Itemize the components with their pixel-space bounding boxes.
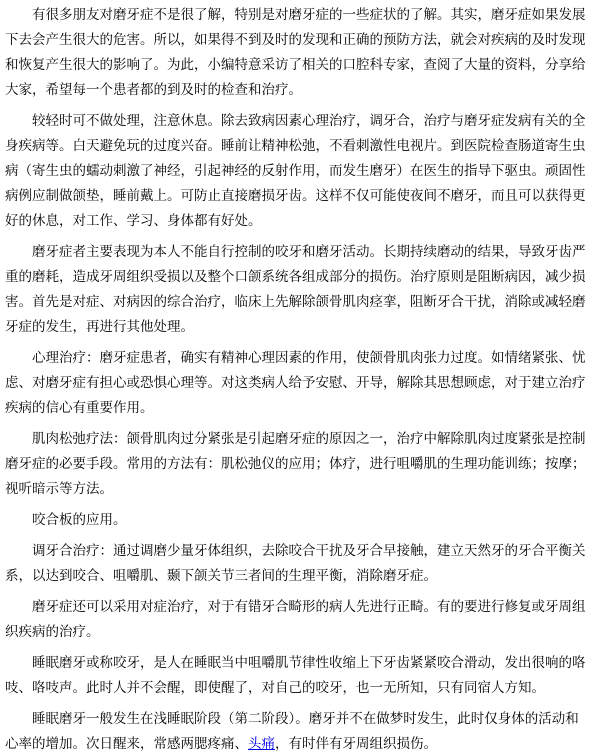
paragraph-intro: 有很多朋友对磨牙症不是很了解，特别是对磨牙症的一些症状的了解。其实，磨牙症如果发… [5, 2, 587, 102]
paragraph-symptomatic-treatment: 磨牙症还可以采用对症治疗，对于有错牙合畸形的病人先进行正畸。有的要进行修复或牙周… [5, 594, 587, 644]
paragraph-psychological-treatment: 心理治疗：磨牙症患者，确实有精神心理因素的作用，使颌骨肌肉张力过度。如情绪紧张、… [5, 345, 587, 420]
paragraph-sleep-stage: 睡眠磨牙一般发生在浅睡眠阶段（第二阶段）。磨牙并不在做梦时发生，此时仅身体的活动… [5, 706, 587, 756]
article-body: 有很多朋友对磨牙症不是很了解，特别是对磨牙症的一些症状的了解。其实，磨牙症如果发… [5, 2, 587, 756]
headache-link[interactable]: 头痛 [248, 736, 275, 751]
paragraph-mild-case-care: 较轻时可不做处理，注意休息。除去致病因素心理治疗，调牙合，治疗与磨牙症发病有关的… [5, 108, 587, 233]
paragraph-symptoms-treatment-principle: 磨牙症者主要表现为本人不能自行控制的咬牙和磨牙活动。长期持续磨动的结果，导致牙齿… [5, 239, 587, 339]
paragraph-muscle-relaxation-therapy: 肌肉松弛疗法：颌骨肌肉过分紧张是引起磨牙症的原因之一，治疗中解除肌肉过度紧张是控… [5, 426, 587, 501]
paragraph-occlusal-splint: 咬合板的应用。 [5, 507, 587, 532]
paragraph-sleep-bruxism-description: 睡眠磨牙或称咬牙，是人在睡眠当中咀嚼肌节律性收缩上下牙齿紧紧咬合滑动，发出很响的… [5, 650, 587, 700]
paragraph-occlusal-adjustment: 调牙合治疗：通过调磨少量牙体组织，去除咬合干扰及牙合早接触，建立天然牙的牙合平衡… [5, 538, 587, 588]
paragraph-text-after-link: ，有时伴有牙周组织损伤。 [275, 736, 437, 751]
